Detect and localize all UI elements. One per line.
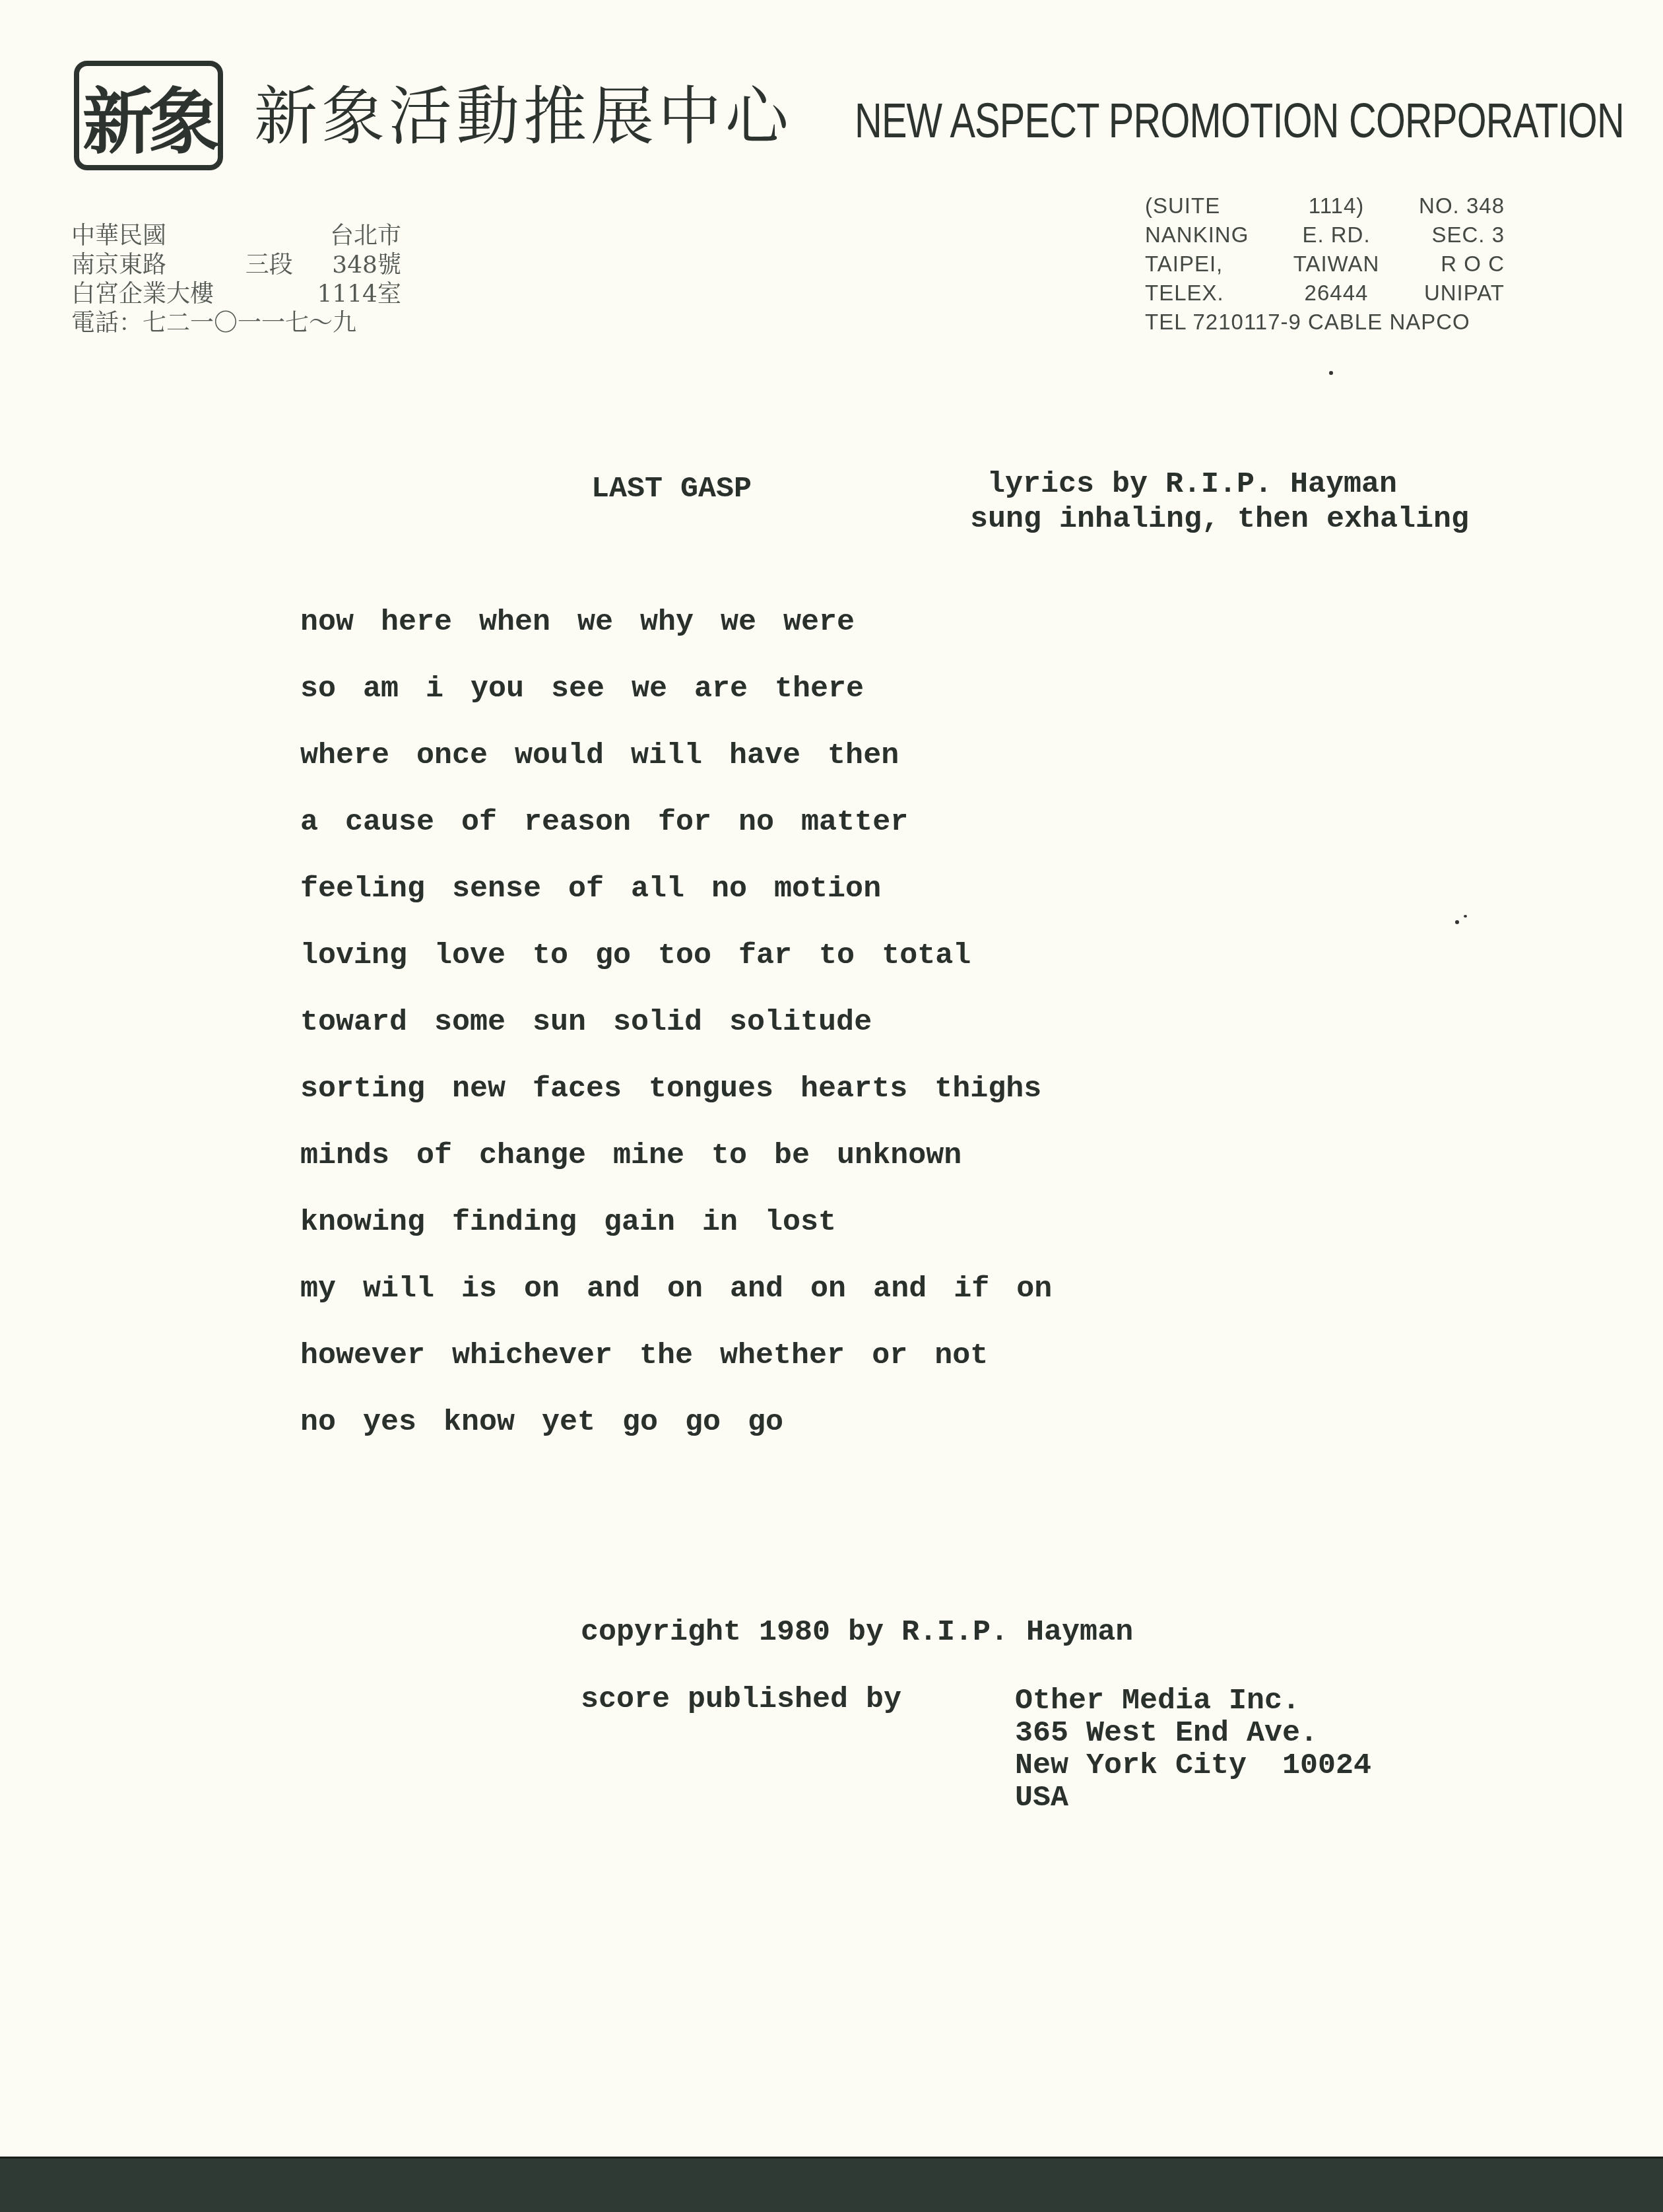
lyric-line: so am i you see we are there	[300, 674, 1052, 741]
chinese-address-block: 中華民國 台北市 南京東路 三段 348號 白宮企業大樓 1114室 電話：七二…	[71, 222, 401, 338]
address-part: 26444	[1270, 279, 1402, 308]
address-part: UNIPAT	[1402, 279, 1505, 308]
lyric-line: sorting new faces tongues hearts thighs	[300, 1074, 1052, 1141]
address-part: NANKING	[1145, 220, 1270, 250]
lyrics-block: now here when we why we were so am i you…	[300, 607, 1052, 1474]
address-part: R O C	[1402, 250, 1505, 279]
lyric-line: now here when we why we were	[300, 607, 1052, 674]
address-part: TELEX.	[1145, 279, 1270, 308]
chinese-address-line: 白宮企業大樓 1114室	[71, 280, 401, 309]
copyright-notice: copyright 1980 by R.I.P. Hayman	[581, 1617, 1133, 1647]
publisher-line: New York City 10024	[1015, 1749, 1371, 1782]
lyric-line: toward some sun solid solitude	[300, 1007, 1052, 1074]
address-part: 中華民國	[71, 222, 166, 251]
address-part: 348號	[332, 251, 401, 280]
ink-speck	[1464, 915, 1467, 918]
lyric-line: knowing finding gain in lost	[300, 1207, 1052, 1274]
chinese-address-line: 電話：七二一〇一一七～九	[71, 309, 401, 338]
company-seal-logo: 新象	[74, 61, 223, 170]
address-part: 三段	[245, 251, 293, 280]
performance-note: sung inhaling, then exhaling	[970, 504, 1469, 534]
song-title: LAST GASP	[591, 474, 752, 504]
english-address-line: TELEX. 26444 UNIPAT	[1145, 279, 1505, 308]
english-address-line: NANKING E. RD. SEC. 3	[1145, 220, 1505, 250]
chinese-address-line: 南京東路 三段 348號	[71, 251, 401, 280]
lyric-line: minds of change mine to be unknown	[300, 1141, 1052, 1207]
lyric-line: however whichever the whether or not	[300, 1341, 1052, 1407]
english-address-line: TEL 7210117-9 CABLE NAPCO	[1145, 308, 1505, 337]
lyrics-credit: lyrics by R.I.P. Hayman	[987, 469, 1397, 499]
ink-speck	[1455, 920, 1459, 924]
publisher-line: Other Media Inc.	[1015, 1685, 1371, 1717]
ink-speck	[1329, 371, 1333, 375]
address-part: TAIPEI,	[1145, 250, 1270, 279]
address-part: (SUITE	[1145, 191, 1270, 220]
address-part: 南京東路	[71, 251, 166, 280]
publisher-line: USA	[1015, 1782, 1371, 1814]
lyric-line: feeling sense of all no motion	[300, 874, 1052, 941]
lyric-line: no yes know yet go go go	[300, 1407, 1052, 1474]
publisher-line: 365 West End Ave.	[1015, 1717, 1371, 1749]
address-part: E. RD.	[1270, 220, 1402, 250]
lyric-line: my will is on and on and on and if on	[300, 1274, 1052, 1341]
lyric-line: loving love to go too far to total	[300, 941, 1052, 1007]
lyric-line: a cause of reason for no matter	[300, 807, 1052, 874]
address-part: NO. 348	[1402, 191, 1505, 220]
publisher-address: Other Media Inc. 365 West End Ave. New Y…	[1015, 1685, 1371, 1814]
address-part: 1114)	[1270, 191, 1402, 220]
letter-page: 新象 新象活動推展中心 NEW ASPECT PROMOTION CORPORA…	[0, 0, 1663, 2198]
address-part: 白宮企業大樓	[71, 280, 214, 309]
address-part: 1114室	[317, 280, 401, 309]
company-name-chinese: 新象活動推展中心	[254, 84, 793, 148]
address-part: TAIWAN	[1270, 250, 1402, 279]
chinese-address-line: 中華民國 台北市	[71, 222, 401, 251]
english-address-line: TAIPEI, TAIWAN R O C	[1145, 250, 1505, 279]
published-by-label: score published by	[581, 1685, 901, 1714]
phone-number: 電話：七二一〇一一七～九	[71, 309, 356, 338]
english-address-block: (SUITE 1114) NO. 348 NANKING E. RD. SEC.…	[1145, 191, 1505, 337]
lyric-line: where once would will have then	[300, 741, 1052, 807]
scanner-background-edge	[0, 2157, 1663, 2212]
company-name-english: NEW ASPECT PROMOTION CORPORATION	[855, 96, 1624, 145]
english-address-line: (SUITE 1114) NO. 348	[1145, 191, 1505, 220]
address-part: 台北市	[330, 222, 401, 251]
address-part: SEC. 3	[1402, 220, 1505, 250]
